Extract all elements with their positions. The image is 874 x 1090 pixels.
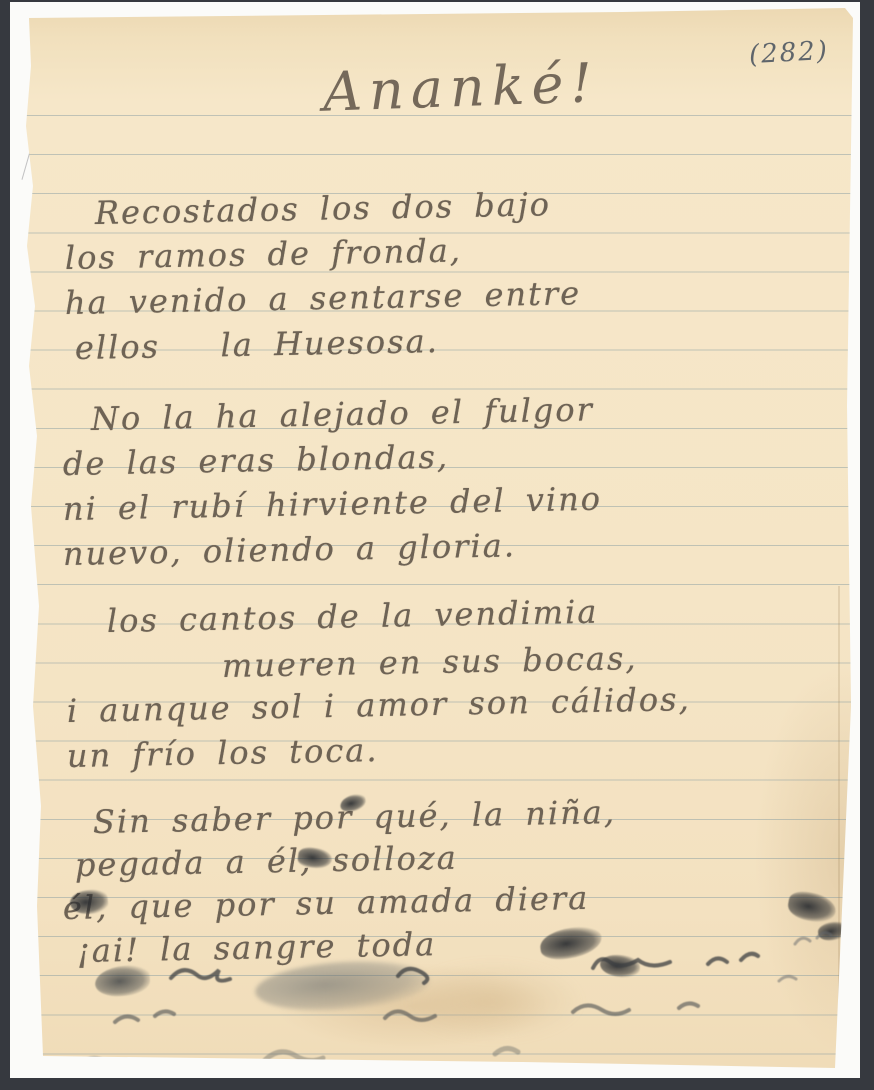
- stanza-1: Recostados los dos bajo los ramos de fro…: [65, 194, 581, 374]
- manuscript-page: (282) Ananké! Recostados los dos bajo lo…: [23, 6, 853, 1070]
- poem-line: ellos la Huesosa.: [75, 319, 582, 374]
- stanza-3: los cantos de la vendimia mueren en sus …: [67, 602, 691, 782]
- document-viewer: (282) Ananké! Recostados los dos bajo lo…: [0, 0, 874, 1090]
- page-number: (282): [748, 36, 829, 70]
- poem-line: nuevo, oliendo a gloria.: [63, 525, 603, 580]
- stanza-2: No la ha alejado el fulgor de las eras b…: [63, 400, 602, 580]
